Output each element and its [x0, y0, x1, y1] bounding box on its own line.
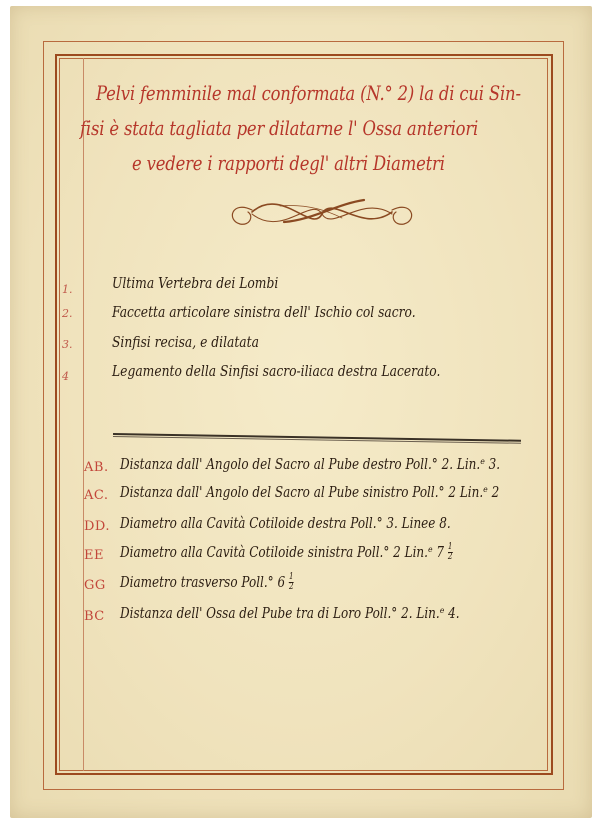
measurement-code: BC [84, 609, 124, 624]
list-item: Legamento della Sinfisi sacro-iliaca des… [112, 362, 440, 380]
frame-inner-left [59, 58, 60, 771]
frame-outer-bottom [43, 789, 564, 790]
measurement-code: GG [84, 578, 124, 593]
frame-outer-right [563, 41, 564, 790]
list-item: Faccetta articolare sinistra dell' Ischi… [112, 303, 416, 321]
frame-outer-left [43, 41, 44, 790]
fraction: 12 [448, 543, 453, 562]
measurement-item: Diametro trasverso Poll.° 6 12 [120, 573, 294, 592]
frame-inner-top [59, 58, 548, 59]
measurement-item: Distanza dall' Angolo del Sacro al Pube … [120, 455, 500, 473]
frame-inner-bottom [59, 770, 548, 771]
frame-thick-top [55, 54, 553, 56]
measurement-code: AB. [84, 460, 124, 475]
list-item: Sinfisi recisa, e dilatata [112, 333, 259, 351]
margin-rule [83, 58, 84, 771]
measurement-item: Distanza dell' Ossa del Pube tra di Loro… [120, 604, 460, 622]
list-item: Ultima Vertebra dei Lombi [112, 274, 278, 292]
measurement-code: EE [84, 548, 124, 563]
frame-thick-left [55, 54, 57, 775]
frame-thick-bottom [55, 773, 553, 775]
measurement-code: AC. [84, 488, 124, 503]
measurement-item: Diametro alla Cavità Cotiloide destra Po… [120, 514, 451, 532]
title-line-2: fisi è stata tagliata per dilatarne l' O… [80, 111, 478, 146]
fraction: 12 [289, 573, 294, 592]
item-number: 4 [62, 370, 80, 383]
title-line-3: e vedere i rapporti degl' altri Diametri [132, 146, 445, 181]
item-number: 3. [62, 338, 80, 351]
measurement-code: DD. [84, 519, 124, 534]
frame-inner-right [547, 58, 548, 771]
item-number: 2. [62, 307, 80, 320]
frame-thick-right [551, 54, 553, 775]
flourish-ornament-icon [222, 190, 422, 238]
item-number: 1. [62, 283, 80, 296]
measurement-item: Distanza dall' Angolo del Sacro al Pube … [120, 483, 499, 501]
title-line-1: Pelvi femminile mal conformata (N.° 2) l… [96, 76, 521, 111]
frame-outer-top [43, 41, 564, 42]
measurement-item: Diametro alla Cavità Cotiloide sinistra … [120, 543, 452, 562]
